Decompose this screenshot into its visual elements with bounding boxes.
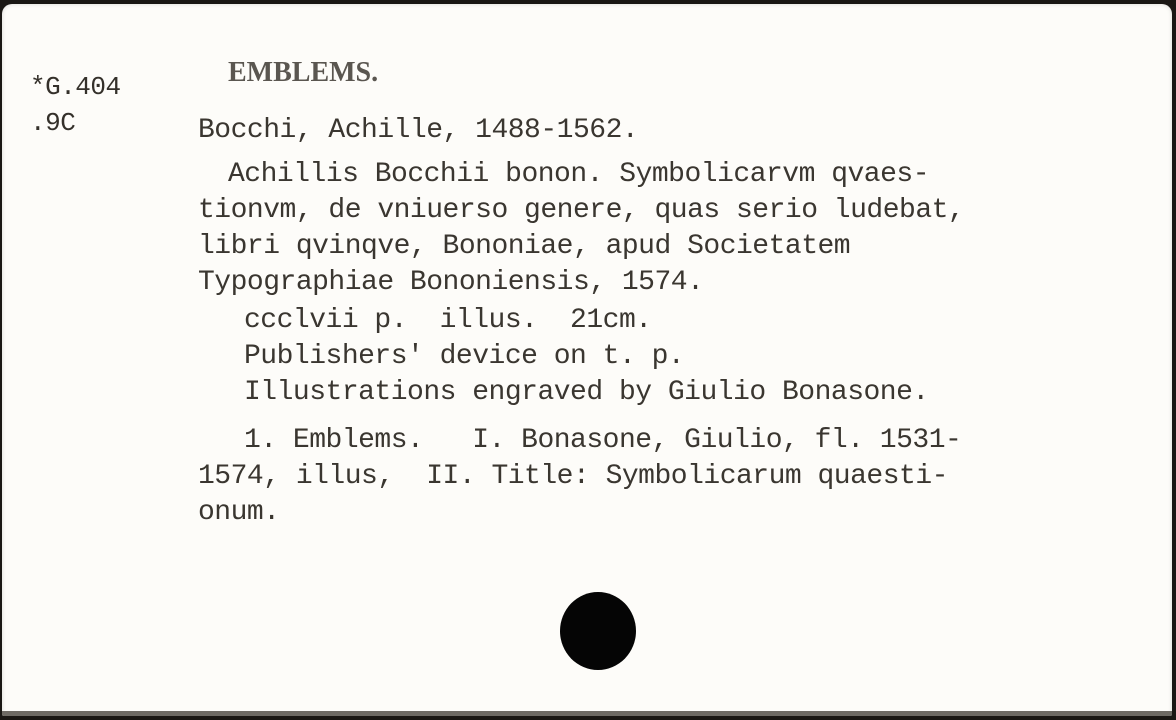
tracings-line-1: 1. Emblems. I. Bonasone, Giulio, fl. 153… [244, 426, 961, 456]
subject-heading: EMBLEMS. [228, 58, 378, 88]
title-line-2: tionvm, de vniuerso genere, quas serio l… [198, 196, 964, 226]
tracings-line-2: 1574, illus, II. Title: Symbolicarum qua… [198, 462, 948, 492]
card-bottom-edge [2, 711, 1172, 716]
collation: ccclvii p. illus. 21cm. [244, 306, 652, 336]
note-publisher-device: Publishers' device on t. p. [244, 342, 684, 372]
title-line-1: Achillis Bocchii bonon. Symbolicarvm qva… [228, 160, 929, 190]
tracings-line-3: onum. [198, 498, 280, 528]
call-number-line-2: .9C [30, 108, 75, 138]
title-line-4: Typographiae Bononiensis, 1574. [198, 268, 703, 298]
author-entry: Bocchi, Achille, 1488-1562. [198, 116, 638, 146]
punch-hole [560, 592, 636, 670]
call-number-line-1: *G.404 [30, 72, 121, 102]
note-illustrations: Illustrations engraved by Giulio Bonason… [244, 378, 929, 408]
title-line-3: libri qvinqve, Bononiae, apud Societatem [198, 232, 850, 262]
catalog-card: *G.404 .9C EMBLEMS. Bocchi, Achille, 148… [2, 4, 1172, 716]
